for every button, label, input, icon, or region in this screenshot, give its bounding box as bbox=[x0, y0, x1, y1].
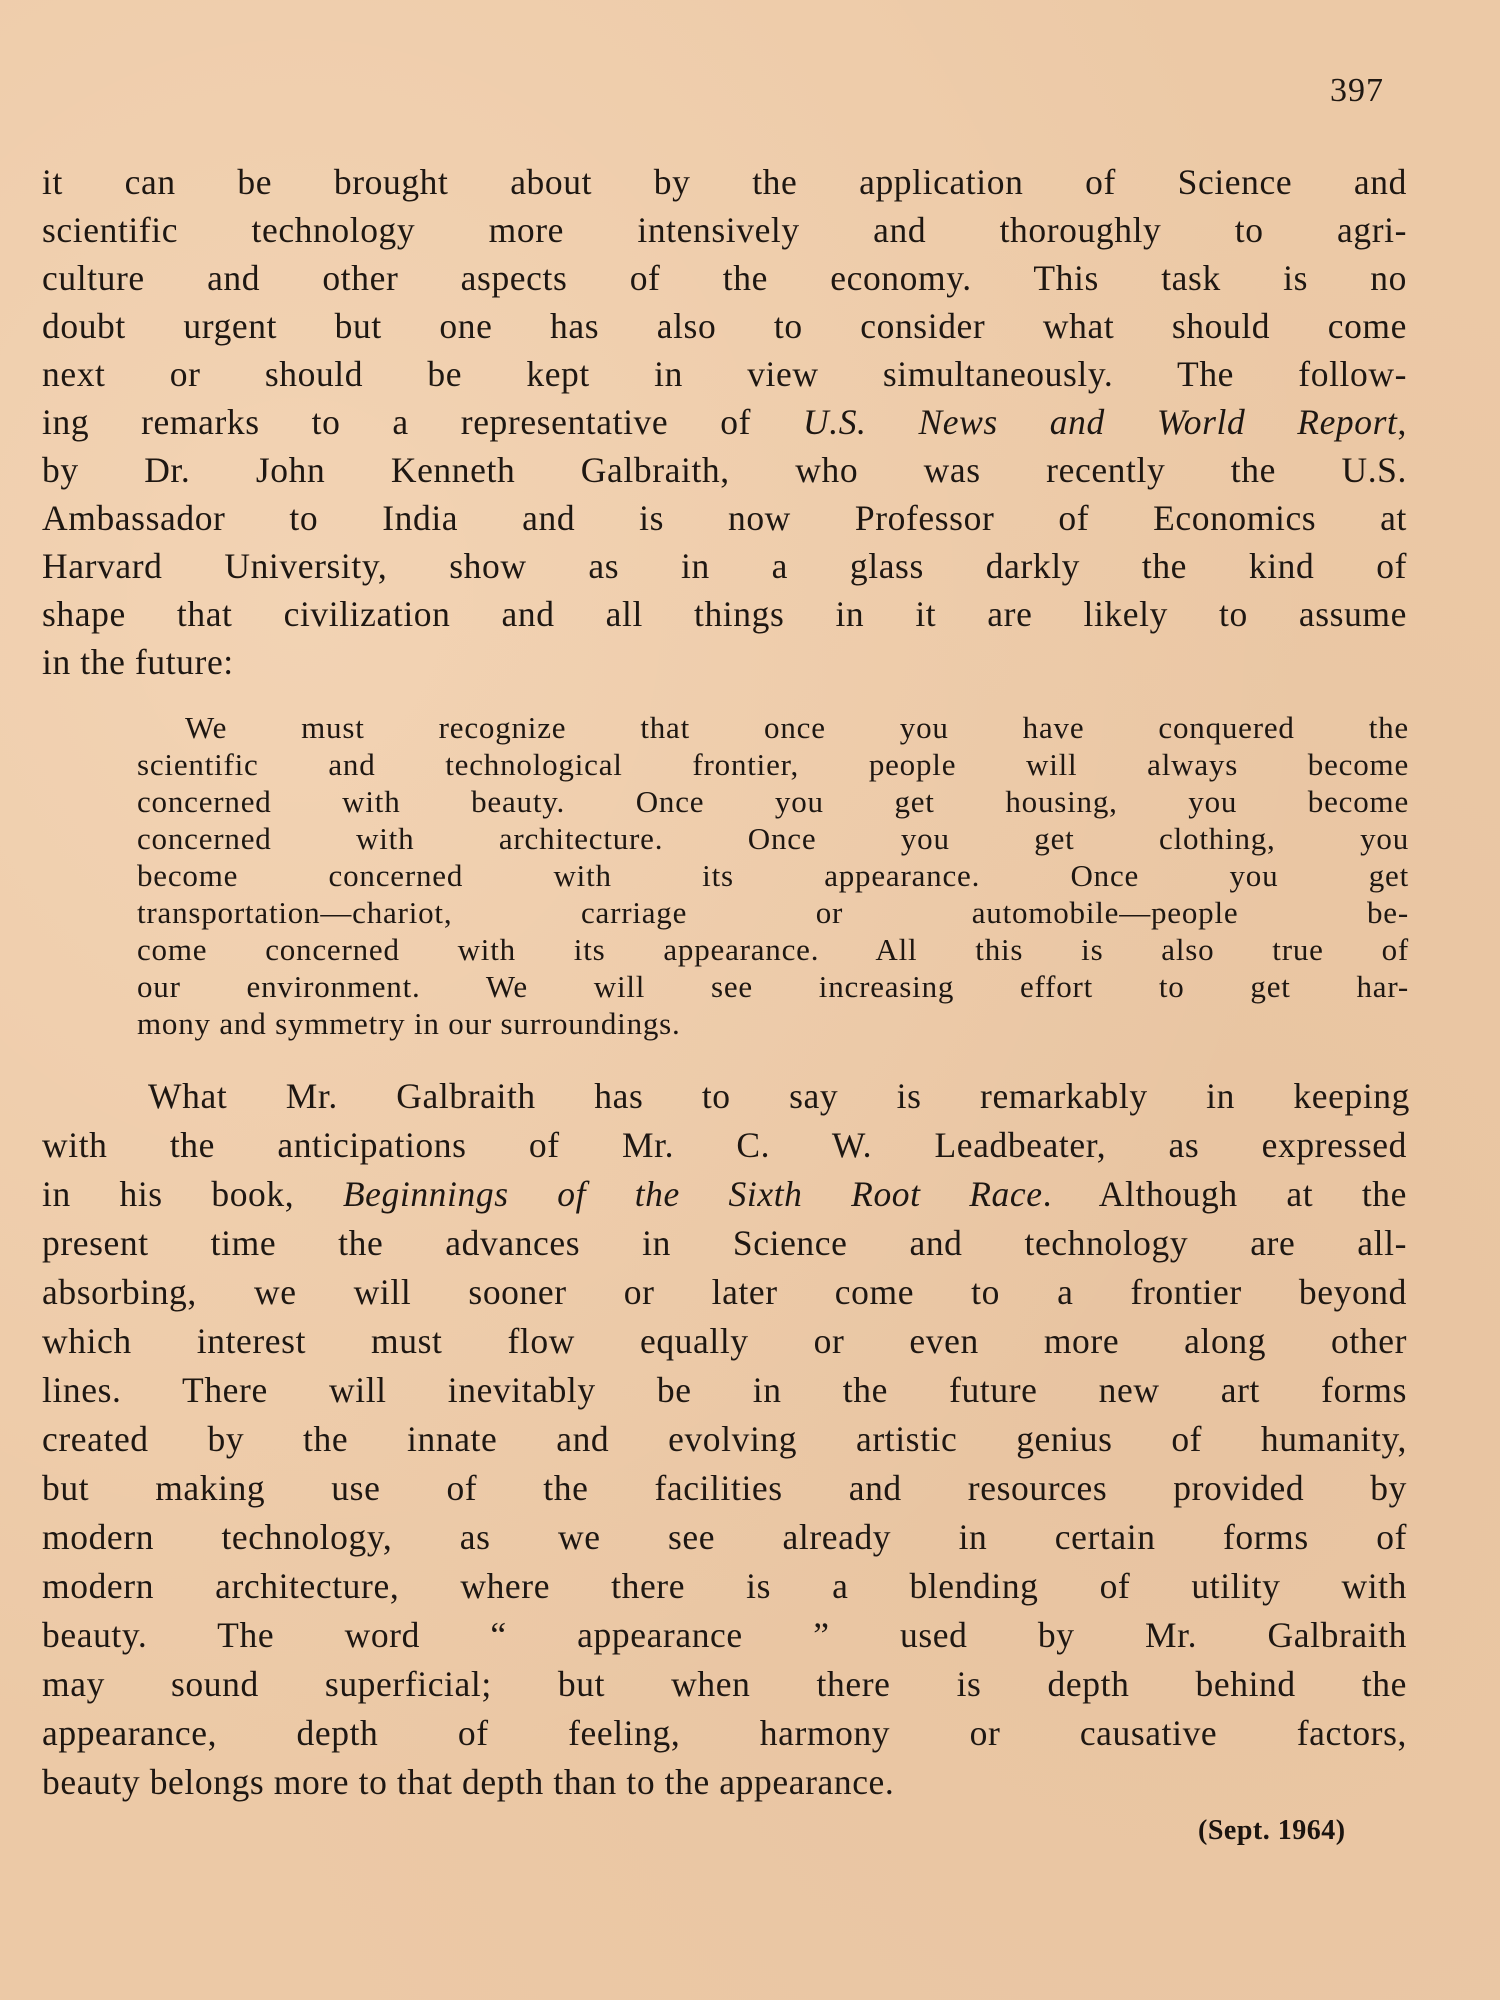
text-line: modern architecture, where there is a bl… bbox=[42, 1562, 1407, 1610]
text-line: but making use of the facilities and res… bbox=[42, 1464, 1407, 1512]
text-line: it can be brought about by the applicati… bbox=[42, 158, 1407, 206]
text-line: with the anticipations of Mr. C. W. Lead… bbox=[42, 1121, 1407, 1169]
text-line: may sound superficial; but when there is… bbox=[42, 1660, 1407, 1708]
text-line: next or should be kept in view simultane… bbox=[42, 350, 1407, 398]
text-run: in his book, bbox=[42, 1174, 343, 1214]
text-line: in the future: bbox=[42, 638, 234, 686]
text-run: ing remarks to a representative of bbox=[42, 402, 803, 442]
text-line: absorbing, we will sooner or later come … bbox=[42, 1268, 1407, 1316]
text-line: beauty. The word “ appearance ” used by … bbox=[42, 1611, 1407, 1659]
text-line: by Dr. John Kenneth Galbraith, who was r… bbox=[42, 446, 1407, 494]
text-line: which interest must flow equally or even… bbox=[42, 1317, 1407, 1365]
quote-line: concerned with architecture. Once you ge… bbox=[137, 820, 1409, 857]
text-run: . Although at the bbox=[1043, 1174, 1407, 1214]
text-line: culture and other aspects of the economy… bbox=[42, 254, 1407, 302]
text-line: Harvard University, show as in a glass d… bbox=[42, 542, 1407, 590]
text-line: appearance, depth of feeling, harmony or… bbox=[42, 1709, 1407, 1757]
date-signoff: (Sept. 1964) bbox=[1198, 1815, 1346, 1847]
quote-line: concerned with beauty. Once you get hous… bbox=[137, 783, 1409, 820]
quote-line: become concerned with its appearance. On… bbox=[137, 857, 1409, 894]
quote-line: mony and symmetry in our surroundings. bbox=[137, 1005, 681, 1042]
publication-title: U.S. News and World Report bbox=[803, 402, 1398, 442]
text-line: beauty belongs more to that depth than t… bbox=[42, 1758, 894, 1806]
text-run: , bbox=[1398, 402, 1407, 442]
text-line: Ambassador to India and is now Professor… bbox=[42, 494, 1407, 542]
quote-line: our environment. We will see increasing … bbox=[137, 968, 1409, 1005]
text-line: doubt urgent but one has also to conside… bbox=[42, 302, 1407, 350]
text-line: What Mr. Galbraith has to say is remarka… bbox=[148, 1072, 1410, 1120]
text-line: modern technology, as we see already in … bbox=[42, 1513, 1407, 1561]
page-number: 397 bbox=[1330, 72, 1384, 110]
text-line: created by the innate and evolving artis… bbox=[42, 1415, 1407, 1463]
quote-line: scientific and technological frontier, p… bbox=[137, 746, 1409, 783]
text-line: lines. There will inevitably be in the f… bbox=[42, 1366, 1407, 1414]
quote-line: come concerned with its appearance. All … bbox=[137, 931, 1409, 968]
text-line: scientific technology more intensively a… bbox=[42, 206, 1407, 254]
text-line: in his book, Beginnings of the Sixth Roo… bbox=[42, 1170, 1407, 1218]
text-line: present time the advances in Science and… bbox=[42, 1219, 1407, 1267]
text-line: shape that civilization and all things i… bbox=[42, 590, 1407, 638]
text-line: ing remarks to a representative of U.S. … bbox=[42, 398, 1407, 446]
quote-line: We must recognize that once you have con… bbox=[185, 709, 1409, 746]
quote-line: transportation—chariot, carriage or auto… bbox=[137, 894, 1409, 931]
book-title: Beginnings of the Sixth Root Race bbox=[343, 1174, 1043, 1214]
